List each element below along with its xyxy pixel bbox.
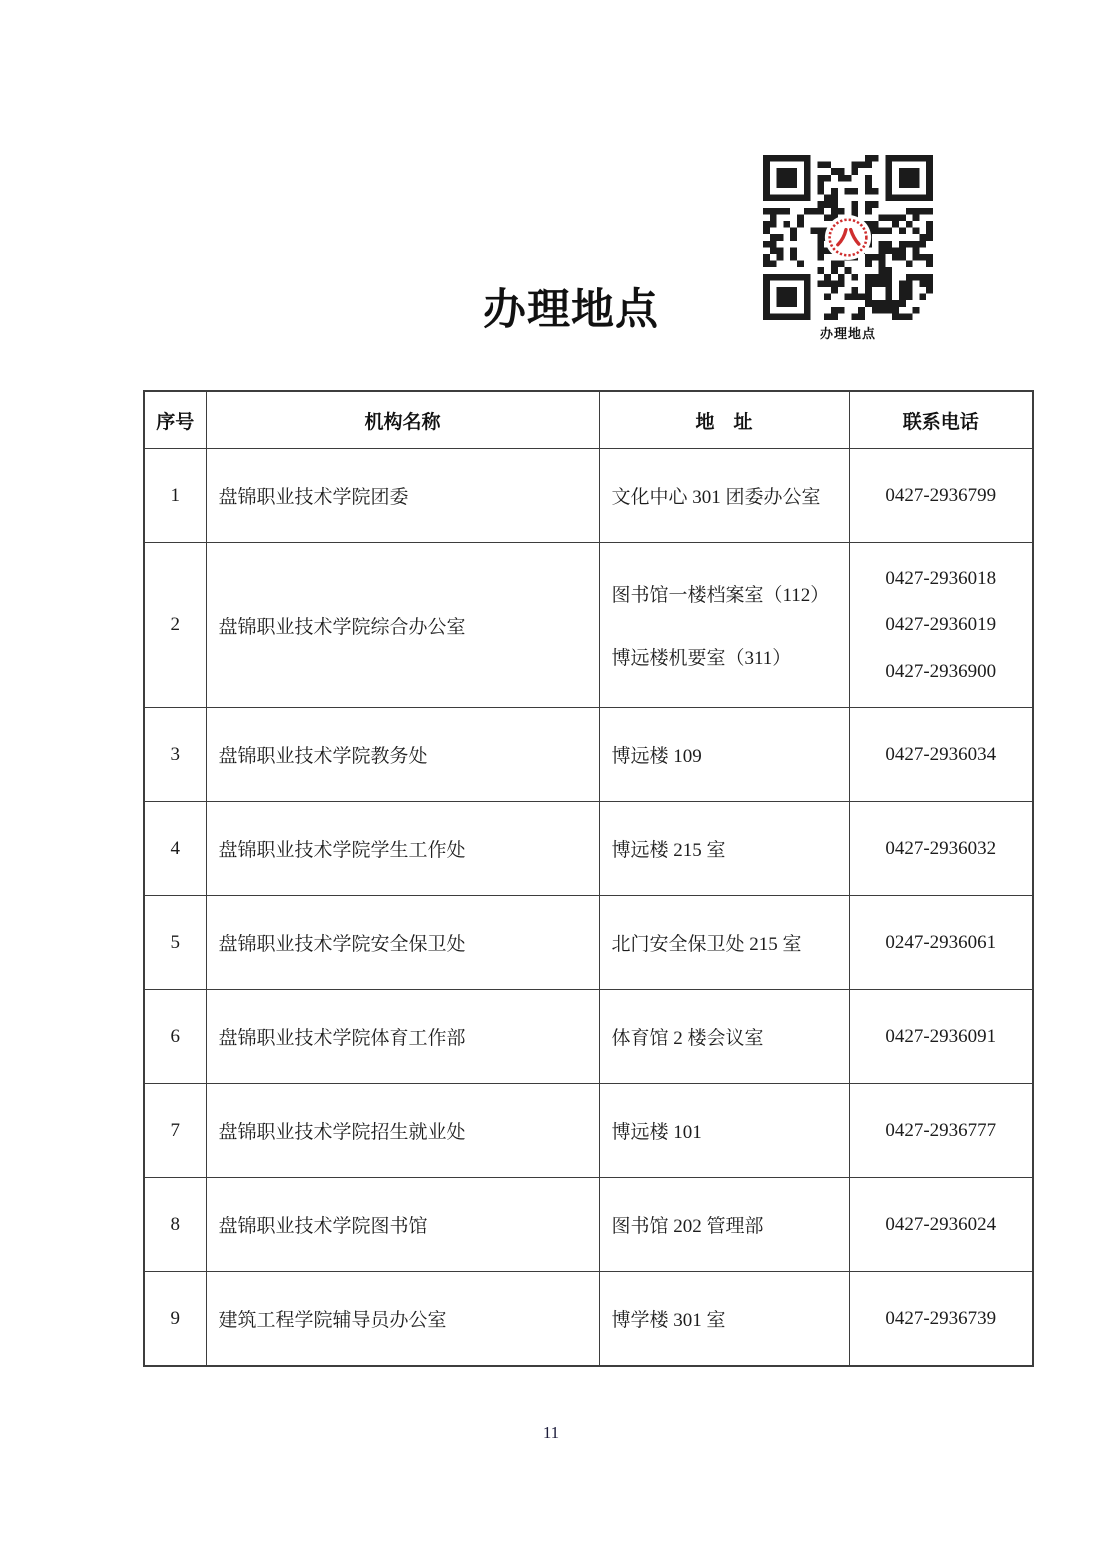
document-page: 办理地点 办理地点 序号机构名称地 址联系电话 1盘锦职业技术学院团委文化中心 … bbox=[0, 0, 1102, 1559]
address-line: 博远楼机要室（311） bbox=[612, 643, 849, 670]
phone-line: 0427-2936034 bbox=[850, 744, 1033, 766]
row-number-cell: 4 bbox=[144, 802, 206, 896]
row-number-cell: 9 bbox=[144, 1272, 206, 1367]
qr-code bbox=[763, 155, 933, 320]
phone-cell: 0427-2936032 bbox=[849, 802, 1033, 896]
locations-table: 序号机构名称地 址联系电话 1盘锦职业技术学院团委文化中心 301 团委办公室0… bbox=[143, 390, 1034, 1367]
org-name-cell: 建筑工程学院辅导员办公室 bbox=[206, 1272, 599, 1367]
org-name-cell: 盘锦职业技术学院团委 bbox=[206, 449, 599, 543]
row-number-cell: 2 bbox=[144, 543, 206, 708]
row-number-cell: 8 bbox=[144, 1178, 206, 1272]
address-line: 北门安全保卫处 215 室 bbox=[612, 929, 849, 956]
phone-cell: 0427-2936024 bbox=[849, 1178, 1033, 1272]
org-name-cell: 盘锦职业技术学院综合办公室 bbox=[206, 543, 599, 708]
column-header: 联系电话 bbox=[849, 391, 1033, 449]
org-name-cell: 盘锦职业技术学院招生就业处 bbox=[206, 1084, 599, 1178]
table-row: 7盘锦职业技术学院招生就业处博远楼 1010427-2936777 bbox=[144, 1084, 1033, 1178]
address-cell: 博远楼 215 室 bbox=[599, 802, 849, 896]
phone-line: 0427-2936799 bbox=[850, 485, 1033, 507]
phone-line: 0427-2936024 bbox=[850, 1214, 1033, 1236]
address-line: 博远楼 109 bbox=[612, 741, 849, 768]
qr-code-block: 办理地点 bbox=[763, 155, 933, 342]
qr-caption: 办理地点 bbox=[763, 323, 933, 342]
column-header: 地 址 bbox=[599, 391, 849, 449]
table-row: 5盘锦职业技术学院安全保卫处北门安全保卫处 215 室0247-2936061 bbox=[144, 896, 1033, 990]
table-row: 9建筑工程学院辅导员办公室博学楼 301 室0427-2936739 bbox=[144, 1272, 1033, 1367]
phone-line: 0427-2936018 bbox=[850, 568, 1033, 590]
table-header-row: 序号机构名称地 址联系电话 bbox=[144, 391, 1033, 449]
table-row: 1盘锦职业技术学院团委文化中心 301 团委办公室0427-2936799 bbox=[144, 449, 1033, 543]
page-title: 办理地点 bbox=[483, 276, 659, 337]
address-cell: 图书馆一楼档案室（112）博远楼机要室（311） bbox=[599, 543, 849, 708]
table-row: 4盘锦职业技术学院学生工作处博远楼 215 室0427-2936032 bbox=[144, 802, 1033, 896]
address-line: 体育馆 2 楼会议室 bbox=[612, 1023, 849, 1050]
page-number: 11 bbox=[0, 1423, 1102, 1443]
table-row: 3盘锦职业技术学院教务处博远楼 1090427-2936034 bbox=[144, 708, 1033, 802]
column-header: 机构名称 bbox=[206, 391, 599, 449]
address-cell: 北门安全保卫处 215 室 bbox=[599, 896, 849, 990]
phone-line: 0427-2936091 bbox=[850, 1026, 1033, 1048]
phone-cell: 0427-2936091 bbox=[849, 990, 1033, 1084]
address-line: 博远楼 215 室 bbox=[612, 835, 849, 862]
address-line: 图书馆一楼档案室（112） bbox=[612, 580, 849, 607]
column-header: 序号 bbox=[144, 391, 206, 449]
phone-line: 0427-2936900 bbox=[850, 661, 1033, 683]
phone-line: 0427-2936777 bbox=[850, 1120, 1033, 1142]
address-line: 博远楼 101 bbox=[612, 1117, 849, 1144]
row-number-cell: 7 bbox=[144, 1084, 206, 1178]
address-cell: 文化中心 301 团委办公室 bbox=[599, 449, 849, 543]
address-cell: 博学楼 301 室 bbox=[599, 1272, 849, 1367]
org-name-cell: 盘锦职业技术学院体育工作部 bbox=[206, 990, 599, 1084]
table-row: 2盘锦职业技术学院综合办公室图书馆一楼档案室（112）博远楼机要室（311）04… bbox=[144, 543, 1033, 708]
address-cell: 博远楼 109 bbox=[599, 708, 849, 802]
table-row: 6盘锦职业技术学院体育工作部体育馆 2 楼会议室0427-2936091 bbox=[144, 990, 1033, 1084]
phone-line: 0247-2936061 bbox=[850, 932, 1033, 954]
phone-cell: 0427-2936799 bbox=[849, 449, 1033, 543]
org-name-cell: 盘锦职业技术学院图书馆 bbox=[206, 1178, 599, 1272]
address-line: 图书馆 202 管理部 bbox=[612, 1211, 849, 1238]
address-cell: 博远楼 101 bbox=[599, 1084, 849, 1178]
phone-cell: 0427-2936739 bbox=[849, 1272, 1033, 1367]
phone-cell: 0427-2936034 bbox=[849, 708, 1033, 802]
org-name-cell: 盘锦职业技术学院教务处 bbox=[206, 708, 599, 802]
row-number-cell: 6 bbox=[144, 990, 206, 1084]
phone-cell: 0247-2936061 bbox=[849, 896, 1033, 990]
org-name-cell: 盘锦职业技术学院学生工作处 bbox=[206, 802, 599, 896]
row-number-cell: 1 bbox=[144, 449, 206, 543]
address-line: 文化中心 301 团委办公室 bbox=[612, 482, 849, 509]
table-row: 8盘锦职业技术学院图书馆图书馆 202 管理部0427-2936024 bbox=[144, 1178, 1033, 1272]
row-number-cell: 5 bbox=[144, 896, 206, 990]
address-line: 博学楼 301 室 bbox=[612, 1305, 849, 1332]
row-number-cell: 3 bbox=[144, 708, 206, 802]
phone-cell: 0427-29360180427-29360190427-2936900 bbox=[849, 543, 1033, 708]
org-name-cell: 盘锦职业技术学院安全保卫处 bbox=[206, 896, 599, 990]
address-cell: 体育馆 2 楼会议室 bbox=[599, 990, 849, 1084]
phone-line: 0427-2936019 bbox=[850, 614, 1033, 636]
address-cell: 图书馆 202 管理部 bbox=[599, 1178, 849, 1272]
phone-line: 0427-2936032 bbox=[850, 838, 1033, 860]
phone-line: 0427-2936739 bbox=[850, 1308, 1033, 1330]
phone-cell: 0427-2936777 bbox=[849, 1084, 1033, 1178]
